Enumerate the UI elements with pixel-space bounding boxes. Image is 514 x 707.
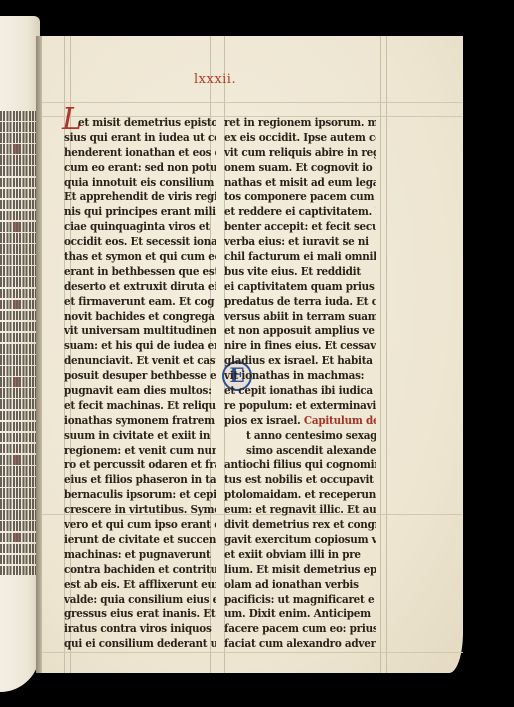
text-line: ierunt de civitate et succenderunt bbox=[64, 533, 216, 549]
text-line: vero et qui cum ipso erant ex bbox=[64, 518, 216, 534]
text-line: thas et symon et qui cum eo bbox=[64, 250, 216, 266]
ruling-line bbox=[42, 102, 463, 103]
text-line: et non apposuit amplius ve bbox=[224, 324, 376, 340]
text-line: benter accepit: et fecit secundum bbox=[224, 220, 376, 236]
facing-text-line bbox=[0, 178, 36, 188]
text-line: ret in regionem ipsorum. multos bbox=[224, 116, 376, 132]
text-line: est ab eis. Et afflixerunt eum bbox=[64, 577, 216, 593]
facing-text-line bbox=[0, 333, 36, 343]
facing-text-line bbox=[0, 322, 36, 332]
text-line: eius et filios phaseron in ta bbox=[64, 473, 216, 489]
text-line: pacificis: ut magnificaret e bbox=[224, 592, 376, 608]
text-line: suam: et his qui de iudea erant bbox=[64, 339, 216, 355]
text-line: nis qui principes erant mili bbox=[64, 205, 216, 221]
text-line: olam ad ionathan verbis bbox=[224, 577, 376, 593]
text-line: verba eius: et iuravit se ni bbox=[224, 235, 376, 251]
text-line: divit demetrius rex et congre bbox=[224, 518, 376, 534]
text-line: et exiit obviam illi in pre bbox=[224, 547, 376, 563]
text-line: et reddere ei captivitatem. Et li bbox=[224, 205, 376, 221]
text-line: posuit desuper bethbesse et op bbox=[64, 369, 216, 385]
facing-text-line bbox=[0, 344, 36, 354]
text-line: denunciavit. Et venit et castra bbox=[64, 354, 216, 370]
facing-text-line bbox=[0, 289, 36, 299]
text-line: pios ex israel. Capitulum decimum. bbox=[224, 413, 376, 429]
text-line: eum: et regnavit illic. Et au bbox=[224, 503, 376, 519]
text-line: et cepit ionathas ibi iudica bbox=[224, 384, 376, 400]
facing-text-line bbox=[0, 466, 36, 476]
text-line: predatus de terra iuda. Et con bbox=[224, 294, 376, 310]
text-line: vit ionathas in machmas: bbox=[224, 369, 376, 385]
facing-text-line bbox=[0, 510, 36, 520]
text-line: ro et percussit odaren et fratres bbox=[64, 458, 216, 474]
text-line: valde: quia consilium eius et con bbox=[64, 592, 216, 608]
facing-text-line bbox=[0, 255, 36, 265]
text-line: tus est nobilis et occupavit bbox=[224, 473, 376, 489]
text-line: et misit demetrius epistolas loq bbox=[64, 116, 216, 132]
chapter-rubric: Capitulum decimum. bbox=[304, 414, 376, 427]
text-line: et firmaverunt eam. Et cog bbox=[64, 294, 216, 310]
facing-text-line bbox=[0, 488, 36, 498]
facing-text-line bbox=[0, 355, 36, 365]
facing-text-line bbox=[0, 521, 36, 531]
text-line: machinas: et pugnaverunt bbox=[64, 547, 216, 563]
facing-text-line bbox=[0, 244, 36, 254]
text-line: facere pacem cum eo: priusquam bbox=[224, 622, 376, 638]
facing-text-line bbox=[0, 233, 36, 243]
text-line: chil facturum ei mali omnibus die bbox=[224, 250, 376, 266]
text-line: Et apprehendit de viris regio bbox=[64, 190, 216, 206]
facing-text-line bbox=[0, 266, 36, 276]
text-line: re populum: et exterminavit im bbox=[224, 399, 376, 415]
text-line: ex eis occidit. Ipse autem cogita bbox=[224, 131, 376, 147]
text-line: vit universam multitudinem bbox=[64, 324, 216, 340]
facing-text-line bbox=[0, 411, 36, 421]
facing-text-line bbox=[0, 544, 36, 554]
text-line: bus vite eius. Et reddidit bbox=[224, 265, 376, 281]
text-line: nire in fines eius. Et cessavit bbox=[224, 339, 376, 355]
facing-text-line bbox=[0, 144, 36, 154]
facing-text-line bbox=[0, 200, 36, 210]
left-facing-text bbox=[0, 111, 36, 577]
text-line: lium. Et misit demetrius epist bbox=[224, 562, 376, 578]
text-line: regionem: et venit cum nume bbox=[64, 443, 216, 459]
text-line: um. Dixit enim. Anticipem bbox=[224, 607, 376, 623]
text-line: crescere in virtutibus. Symon bbox=[64, 503, 216, 519]
facing-text-line bbox=[0, 388, 36, 398]
text-line: et fecit machinas. Et reliquit bbox=[64, 399, 216, 415]
text-line: pugnavit eam dies multos: bbox=[64, 384, 216, 400]
text-line: bernaculis ipsorum: et cepit cedere et bbox=[64, 488, 216, 504]
text-line: novit bachides et congrega bbox=[64, 309, 216, 325]
text-line: versus abiit in terram suam: bbox=[224, 309, 376, 325]
text-line: gavit exercitum copiosum valde: bbox=[224, 533, 376, 549]
left-text-column: et misit demetrius epistolas loqsius qui… bbox=[64, 116, 216, 652]
text-line: quia innotuit eis consilium eorum. bbox=[64, 175, 216, 191]
right-text-column: ret in regionem ipsorum. multosex eis oc… bbox=[224, 116, 376, 652]
text-line: onem suam. Et cognovit io bbox=[224, 160, 376, 176]
facing-text-line bbox=[0, 455, 36, 465]
text-line: iratus contra viros iniquos bbox=[64, 622, 216, 638]
text-line: deserto et extruxit diruta eius: bbox=[64, 279, 216, 295]
text-line: ptolomaidam. et receperunt bbox=[224, 488, 376, 504]
facing-text-line bbox=[0, 222, 36, 232]
text-line: ciae quinquaginta viros et bbox=[64, 220, 216, 236]
left-facing-page bbox=[0, 16, 40, 692]
text-line: vit cum reliquis abire in regi bbox=[224, 145, 376, 161]
facing-text-line bbox=[0, 377, 36, 387]
facing-text-line bbox=[0, 444, 36, 454]
facing-text-line bbox=[0, 300, 36, 310]
ruling-line bbox=[380, 36, 381, 673]
facing-text-line bbox=[0, 566, 36, 576]
facing-text-line bbox=[0, 499, 36, 509]
facing-text-line bbox=[0, 189, 36, 199]
facing-text-line bbox=[0, 555, 36, 565]
facing-text-line bbox=[0, 366, 36, 376]
manuscript-page: lxxxii. L E et misit demetrius epistolas… bbox=[42, 36, 463, 673]
text-line: sius qui erant in iudea ut copre bbox=[64, 131, 216, 147]
ruling-line bbox=[386, 36, 387, 673]
facing-text-line bbox=[0, 166, 36, 176]
facing-text-line bbox=[0, 122, 36, 132]
facing-text-line bbox=[0, 399, 36, 409]
text-line: t anno centesimo sexage bbox=[224, 428, 376, 444]
facing-text-line bbox=[0, 211, 36, 221]
facing-text-line bbox=[0, 433, 36, 443]
facing-text-line bbox=[0, 533, 36, 543]
facing-text-line bbox=[0, 277, 36, 287]
text-line: faciat cum alexandro adversum bbox=[224, 637, 376, 653]
text-line: erant in bethbessen que est in bbox=[64, 265, 216, 281]
text-line: cum eo erant: sed non potuerunt bbox=[64, 160, 216, 176]
text-line: qui ei consilium dederant ut veni bbox=[64, 637, 216, 653]
text-line: suum in civitate et exiit in bbox=[64, 428, 216, 444]
text-line: ei captivitatem quam prius erat bbox=[224, 279, 376, 295]
text-line: gladius ex israel. Et habita bbox=[224, 354, 376, 370]
facing-text-line bbox=[0, 311, 36, 321]
running-header: lxxxii. bbox=[194, 72, 236, 87]
facing-text-line bbox=[0, 422, 36, 432]
text-line: contra bachiden et contritus bbox=[64, 562, 216, 578]
facing-text-line bbox=[0, 477, 36, 487]
text-line: ionathas symonem fratrem bbox=[64, 413, 216, 429]
text-line: nathas et misit ad eum lega bbox=[224, 175, 376, 191]
facing-text-line bbox=[0, 111, 36, 121]
text-line: antiochi filius qui cognomina bbox=[224, 458, 376, 474]
facing-text-line bbox=[0, 155, 36, 165]
text-line: simo ascendit alexander bbox=[224, 443, 376, 459]
text-line: henderent ionathan et eos q bbox=[64, 145, 216, 161]
facing-text-line bbox=[0, 133, 36, 143]
text-line: gressus eius erat inanis. Et bbox=[64, 607, 216, 623]
text-line: occidit eos. Et secessit iona bbox=[64, 235, 216, 251]
text-line: tos componere pacem cum ipso bbox=[224, 190, 376, 206]
